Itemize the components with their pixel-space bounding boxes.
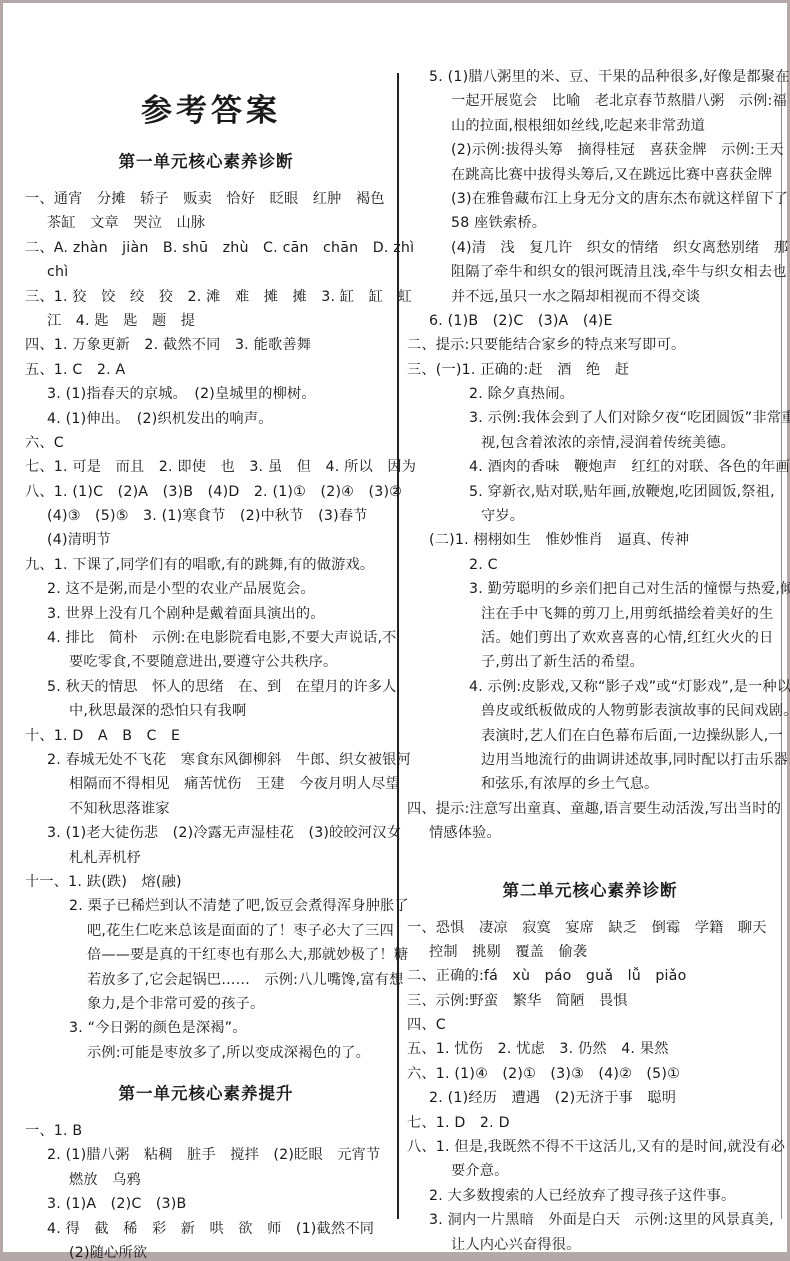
answer-line: 二、A. zhàn jiàn B. shū zhù C. cān chān D.… <box>25 236 387 260</box>
answer-line: 守岁。 <box>407 504 773 528</box>
answer-line: 2. 除夕真热闹。 <box>407 382 773 406</box>
right-column: 5. (1)腊八粥里的米、豆、干果的品种很多,好像是都聚在 一起开展览会 比喻 … <box>407 65 773 1257</box>
answer-line: 中,秋思最深的恐怕只有我啊 <box>25 699 387 723</box>
answer-line: 倍——要是真的干红枣也有那么大,那就妙极了！糖 <box>25 943 387 967</box>
answer-line: 在跳高比赛中拔得头筹后,又在跳远比赛中喜获金牌 <box>407 163 773 187</box>
answer-line: (4)清 浅 复几许 织女的情绪 织女离愁别绪 那 <box>407 236 773 260</box>
answer-line: 燃放 乌鸦 <box>25 1168 387 1192</box>
answer-line: 要吃零食,不要随意进出,要遵守公共秩序。 <box>25 650 387 674</box>
answer-line: 3. (1)指春天的京城。 (2)皇城里的柳树。 <box>25 382 387 406</box>
answer-line: 3. 勤劳聪明的乡亲们把自己对生活的憧憬与热爱,倾 <box>407 577 773 601</box>
answer-line: 七、1. D 2. D <box>407 1111 773 1135</box>
section-heading-unit1-diagnosis: 第一单元核心素养诊断 <box>25 143 387 187</box>
answer-line: 3. (1)老大徒伤悲 (2)冷露无声湿桂花 (3)皎皎河汉女 <box>25 821 387 845</box>
answer-line: 3. (1)A (2)C (3)B <box>25 1192 387 1216</box>
answer-line: 六、1. (1)④ (2)① (3)③ (4)② (5)① <box>407 1062 773 1086</box>
answer-line: 九、1. 下课了,同学们有的唱歌,有的跳舞,有的做游戏。 <box>25 553 387 577</box>
answer-line: 吧,花生仁吃来总该是面面的了！枣子必大了三四 <box>25 919 387 943</box>
page-title: 参考答案 <box>35 83 387 143</box>
answer-line: 边用当地流行的曲调讲述故事,同时配以打击乐器 <box>407 748 773 772</box>
left-column: 参考答案 第一单元核心素养诊断 一、通宵 分摊 轿子 贩卖 恰好 眨眼 红肿 褐… <box>25 83 387 1261</box>
answer-line: 不知秋思落谁家 <box>25 797 387 821</box>
answer-line: 山的拉面,根根细如丝线,吃起来非常劲道 <box>407 114 773 138</box>
answer-line: 一、通宵 分摊 轿子 贩卖 恰好 眨眼 红肿 褐色 <box>25 187 387 211</box>
answer-line: 2. 大多数搜索的人已经放弃了搜寻孩子这件事。 <box>407 1184 773 1208</box>
answer-line: 58 座铁索桥。 <box>407 211 773 235</box>
spacer <box>25 1065 387 1075</box>
answer-line: 视,包含着浓浓的亲情,浸润着传统美德。 <box>407 431 773 455</box>
section-heading-unit2-diagnosis: 第二单元核心素养诊断 <box>407 872 773 916</box>
answer-line: 2. 栗子已稀烂到认不清楚了吧,饭豆会煮得浑身肿胀了 <box>25 894 387 918</box>
answer-line: 相隔而不得相见 痛苦忧伤 王建 今夜月明人尽望 <box>25 772 387 796</box>
answer-line: 一、恐惧 凄凉 寂寞 宴席 缺乏 倒霉 学籍 聊天 <box>407 916 773 940</box>
answer-line: 象力,是个非常可爱的孩子。 <box>25 992 387 1016</box>
section-heading-unit1-improvement: 第一单元核心素养提升 <box>25 1075 387 1119</box>
answer-line: 5. 穿新衣,贴对联,贴年画,放鞭炮,吃团圆饭,祭祖, <box>407 480 773 504</box>
answer-line: 4. (1)伸出。 (2)织机发出的响声。 <box>25 407 387 431</box>
answer-line: 札札弄机杼 <box>25 846 387 870</box>
answer-line: 5. 秋天的情思 怀人的思绪 在、到 在望月的许多人 <box>25 675 387 699</box>
answer-line: 3. 示例:我体会到了人们对除夕夜“吃团圆饭”非常重 <box>407 406 773 430</box>
answer-line: 四、1. 万象更新 2. 截然不同 3. 能歌善舞 <box>25 333 387 357</box>
answer-line: 二、正确的:fá xù páo guǎ lǚ piǎo <box>407 964 773 988</box>
answer-line: 活。她们剪出了欢欢喜喜的心情,红红火火的日 <box>407 626 773 650</box>
answer-line: 江 4. 匙 匙 题 提 <box>25 309 387 333</box>
answer-line: 三、示例:野蛮 繁华 简陋 畏惧 <box>407 989 773 1013</box>
answer-key-page: 参考答案 第一单元核心素养诊断 一、通宵 分摊 轿子 贩卖 恰好 眨眼 红肿 褐… <box>3 3 787 1252</box>
answer-line: 若放多了,它会起锅巴…… 示例:八儿嘴馋,富有想 <box>25 968 387 992</box>
answer-line: 情感体验。 <box>407 821 773 845</box>
answer-line: 3. 洞内一片黑暗 外面是白天 示例:这里的风景真美, <box>407 1208 773 1232</box>
answer-line: 和弦乐,有浓厚的乡土气息。 <box>407 772 773 796</box>
answer-line: 让人内心兴奋得很。 <box>407 1233 773 1257</box>
answer-line: 七、1. 可是 而且 2. 即使 也 3. 虽 但 4. 所以 因为 <box>25 455 387 479</box>
answer-line: 六、C <box>25 431 387 455</box>
answer-line: 并不远,虽只一水之隔却相视而不得交谈 <box>407 285 773 309</box>
answer-line: 二、提示:只要能结合家乡的特点来写即可。 <box>407 333 773 357</box>
answer-line: 4. 示例:皮影戏,又称“影子戏”或“灯影戏”,是一种以 <box>407 675 773 699</box>
answer-line: 4. 酒肉的香味 鞭炮声 红红的对联、各色的年画 <box>407 455 773 479</box>
answer-line: 八、1. (1)C (2)A (3)B (4)D 2. (1)① (2)④ (3… <box>25 480 387 504</box>
answer-line: 三、1. 狡 饺 绞 狡 2. 滩 难 摊 摊 3. 缸 缸 虹 <box>25 285 387 309</box>
answer-line: 兽皮或纸板做成的人物剪影表演故事的民间戏剧。 <box>407 699 773 723</box>
spacer <box>407 846 773 872</box>
answer-line: 阻隔了牵牛和织女的银河既清且浅,牵牛与织女相去也 <box>407 260 773 284</box>
answer-line: 四、C <box>407 1013 773 1037</box>
answer-line: 控制 挑剔 覆盖 偷袭 <box>407 940 773 964</box>
answer-line: 十一、1. 趺(跌) 熔(融) <box>25 870 387 894</box>
answer-line: 示例:可能是枣放多了,所以变成深褐色的了。 <box>25 1041 387 1065</box>
answer-line: 十、1. D A B C E <box>25 724 387 748</box>
answer-line: (3)在雅鲁藏布江上身无分文的唐东杰布就这样留下了 <box>407 187 773 211</box>
answer-line: 4. 排比 简朴 示例:在电影院看电影,不要大声说话,不 <box>25 626 387 650</box>
answer-line: 五、1. C 2. A <box>25 358 387 382</box>
answer-line: (2)示例:拔得头筹 摘得桂冠 喜获金牌 示例:王天 <box>407 138 773 162</box>
answer-line: (4)清明节 <box>25 528 387 552</box>
answer-line: (4)③ (5)⑤ 3. (1)寒食节 (2)中秋节 (3)春节 <box>25 504 387 528</box>
answer-line: chì <box>25 260 387 284</box>
answer-line: 要介意。 <box>407 1159 773 1183</box>
answer-line: 五、1. 忧伤 2. 忧虑 3. 仍然 4. 果然 <box>407 1037 773 1061</box>
answer-line: 2. 春城无处不飞花 寒食东风御柳斜 牛郎、织女被银河 <box>25 748 387 772</box>
answer-line: 2. (1)经历 遭遇 (2)无济于事 聪明 <box>407 1086 773 1110</box>
answer-line: 四、提示:注意写出童真、童趣,语言要生动活泼,写出当时的 <box>407 797 773 821</box>
answer-line: 6. (1)B (2)C (3)A (4)E <box>407 309 773 333</box>
answer-line: 2. C <box>407 553 773 577</box>
answer-line: (2)随心所欲 <box>25 1241 387 1261</box>
answer-line: 3. “今日粥的颜色是深褐”。 <box>25 1016 387 1040</box>
answer-line: 3. 世界上没有几个剧种是戴着面具演出的。 <box>25 602 387 626</box>
answer-line: 表演时,艺人们在白色幕布后面,一边操纵影人,一 <box>407 724 773 748</box>
answer-line: 5. (1)腊八粥里的米、豆、干果的品种很多,好像是都聚在 <box>407 65 773 89</box>
answer-line: 一起开展览会 比喻 老北京春节熬腊八粥 示例:福 <box>407 89 773 113</box>
answer-line: 子,剪出了新生活的希望。 <box>407 650 773 674</box>
answer-line: 4. 得 截 稀 彩 新 哄 欲 师 (1)截然不同 <box>25 1217 387 1241</box>
answer-line: 八、1. 但是,我既然不得不干这活儿,又有的是时间,就没有必 <box>407 1135 773 1159</box>
answer-line: 注在手中飞舞的剪刀上,用剪纸描绘着美好的生 <box>407 602 773 626</box>
answer-line: 2. 这不是粥,而是小型的农业产品展览会。 <box>25 577 387 601</box>
answer-line: (二)1. 栩栩如生 惟妙惟肖 逼真、传神 <box>407 528 773 552</box>
answer-line: 2. (1)腊八粥 粘稠 脏手 搅拌 (2)眨眼 元宵节 <box>25 1143 387 1167</box>
answer-line: 茶缸 文章 哭泣 山脉 <box>25 211 387 235</box>
answer-line: 一、1. B <box>25 1119 387 1143</box>
answer-line: 三、(一)1. 正确的:赶 酒 绝 赶 <box>407 358 773 382</box>
